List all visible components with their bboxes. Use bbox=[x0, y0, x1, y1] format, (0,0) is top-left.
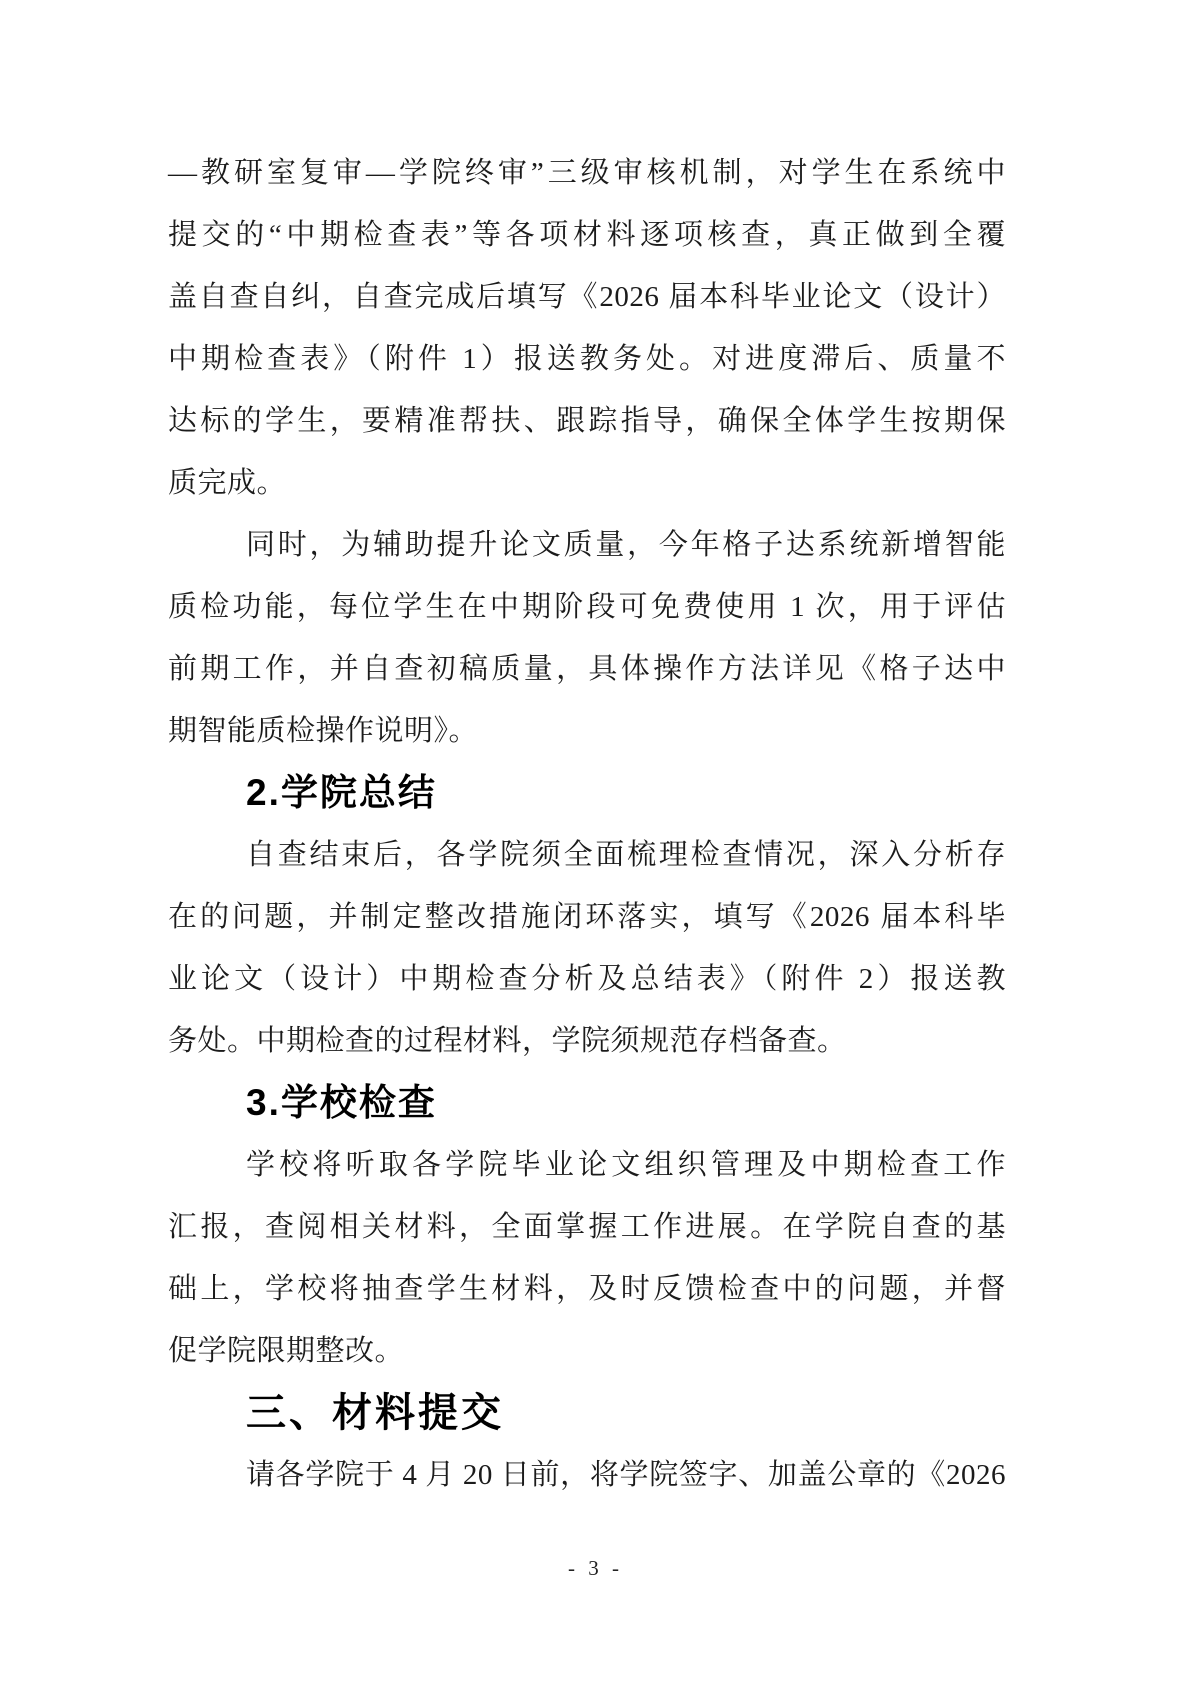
section-heading: 三、材料提交 bbox=[168, 1382, 1006, 1444]
body-line: 同时，为辅助提升论文质量，今年格子达系统新增智能 bbox=[168, 514, 1006, 576]
body-line: 在的问题，并制定整改措施闭环落实，填写《2026 届本科毕 bbox=[168, 886, 1006, 948]
body-line: 提交的“中期检查表”等各项材料逐项核查，真正做到全覆 bbox=[168, 204, 1006, 266]
document-page: —教研室复审—学院终审”三级审核机制，对学生在系统中 提交的“中期检查表”等各项… bbox=[0, 0, 1191, 1684]
body-line: —教研室复审—学院终审”三级审核机制，对学生在系统中 bbox=[168, 142, 1006, 204]
body-line: 业论文（设计）中期检查分析及总结表》（附件 2）报送教 bbox=[168, 948, 1006, 1010]
body-line: 请各学院于 4 月 20 日前，将学院签字、加盖公章的《2026 bbox=[168, 1444, 1006, 1506]
body-line: 学校将听取各学院毕业论文组织管理及中期检查工作 bbox=[168, 1134, 1006, 1196]
body-line: 自查结束后，各学院须全面梳理检查情况，深入分析存 bbox=[168, 824, 1006, 886]
body-line: 质检功能，每位学生在中期阶段可免费使用 1 次，用于评估 bbox=[168, 576, 1006, 638]
body-line: 础上，学校将抽查学生材料，及时反馈检查中的问题，并督 bbox=[168, 1258, 1006, 1320]
body-line: 盖自查自纠，自查完成后填写《2026 届本科毕业论文（设计） bbox=[168, 266, 1006, 328]
body-line: 促学院限期整改。 bbox=[168, 1320, 1006, 1382]
body-line: 务处。中期检查的过程材料，学院须规范存档备查。 bbox=[168, 1010, 1006, 1072]
body-line: 期智能质检操作说明》。 bbox=[168, 700, 1006, 762]
body-line: 中期检查表》（附件 1）报送教务处。对进度滞后、质量不 bbox=[168, 328, 1006, 390]
page-number: - 3 - bbox=[0, 1553, 1191, 1583]
body-line: 前期工作，并自查初稿质量，具体操作方法详见《格子达中 bbox=[168, 638, 1006, 700]
subsection-heading: 3.学校检查 bbox=[168, 1072, 1006, 1134]
body-line: 质完成。 bbox=[168, 452, 1006, 514]
subsection-heading: 2.学院总结 bbox=[168, 762, 1006, 824]
body-line: 汇报，查阅相关材料，全面掌握工作进展。在学院自查的基 bbox=[168, 1196, 1006, 1258]
body-line: 达标的学生，要精准帮扶、跟踪指导，确保全体学生按期保 bbox=[168, 390, 1006, 452]
document-body: —教研室复审—学院终审”三级审核机制，对学生在系统中 提交的“中期检查表”等各项… bbox=[168, 142, 1006, 1506]
